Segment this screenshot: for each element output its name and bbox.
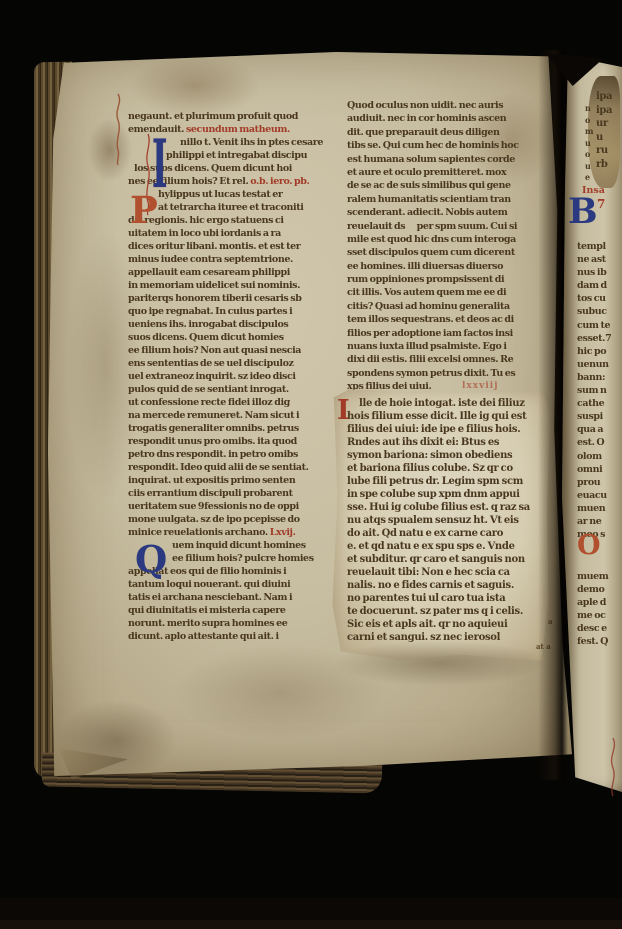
text-segment: dam d [577,280,607,291]
text-segment: qua a [577,424,603,435]
text-segment: nes ee filium hois? Et rel. [128,176,250,187]
text-line: cum te [577,319,622,332]
text-line: mone uulgata. sz de ipo pcepisse do [128,513,340,526]
text-line: prou [577,476,622,489]
text-line: et subditur. qr caro et sanguis non [347,553,543,566]
text-line: minus iudee contra septemtrione. [128,253,340,266]
text-line: te docuerunt. sz pater ms q i celis. [347,605,543,618]
text-segment: tibs se. Qui cum hec de hominis hoc [347,140,519,151]
text-line: pariterqs honorem tiberii cesaris sb [128,292,340,305]
text-segment: cum te [577,320,610,331]
text-segment: ipa [596,91,612,102]
text-line: reuelauit tibi: Non e hec scia ca [347,566,543,579]
text-line: carni et sangui. sz nec ierosol [347,631,543,644]
text-segment: dixi dii estis. filii excelsi omnes. Re [347,354,513,365]
text-segment: uem inquid dicunt homines [172,540,306,551]
text-line: negaunt. et plurimum profuit quod [128,110,340,123]
text-segment: ee filium hois? Non aut quasi nescia [128,345,301,356]
text-segment: ar ne [577,516,601,527]
text-segment: in spe colube sup xpm dnm appui [347,489,520,500]
text-line: inquirat. ut expositis primo senten [128,474,340,487]
text-segment: philippi et intregabat discipu [166,150,307,161]
text-line: olom [577,450,622,463]
text-segment: olom [577,451,602,462]
text-segment: bann: [577,372,605,383]
text-segment: et aure et oculo premitteret. mox [347,167,506,178]
text-line: do ait. Qd natu e ex carne caro [347,527,543,540]
text-column-right: Quod oculus non uidit. nec aurisaudiuit.… [347,99,549,394]
text-line: nalis. no e fides carnis et saguis. [347,579,543,592]
text-line: dit. que preparauit deus diligen [347,126,549,139]
text-line: nus ib [577,266,622,279]
text-segment: ipa [596,105,612,116]
blue-initial-Q: Q [135,541,167,578]
text-line: u [585,161,597,173]
text-segment: muem [577,571,608,582]
table-surface-edge [0,920,622,929]
text-line: citis? Quasi ad hominu generalita [347,300,549,313]
text-segment: tem illos sequestrans. et deos ac di [347,314,514,325]
text-segment: pariterqs honorem tiberii cesaris sb [128,293,301,304]
text-segment: aple d [577,597,606,608]
text-segment: e. et qd natu e ex spu sps e. Vnde [347,541,515,552]
text-segment: Sic eis et apls ait. qr no aquieui [347,619,508,630]
text-segment: o [585,115,590,125]
text-line: petro dns respondit. in petro omibs [128,448,340,461]
text-segment: tatis ei archana nesciebant. Nam i [128,592,292,603]
text-line: u [585,138,597,150]
text-segment: Rndes aut ihs dixit ei: Btus es [347,437,499,448]
text-segment: filius dei uiui: ide ipe e filius hois. [347,424,520,435]
text-line: subuc [577,305,622,318]
text-line: scenderant. adiecit. Nobis autem [347,206,549,219]
text-segment: uel extraneoz inquirit. sz ideo disci [128,371,296,382]
text-segment: de se ac de suis similibus qui gene [347,180,511,191]
right-page-edge-letters: nomuoue [585,103,597,184]
text-segment: do ait. Qd natu e ex carne caro [347,528,503,539]
text-segment: demo [577,584,604,595]
text-segment: pulos quid de se sentiant inrogat. [128,384,289,395]
text-segment: nalis. no e fides carnis et saguis. [347,580,514,591]
text-segment: ut confessione recte fidei illoz dig [128,397,290,408]
text-segment: dit. que preparauit deus diligen [347,127,500,138]
text-line: cathe [577,397,622,410]
text-segment: o [585,149,590,159]
text-segment: Lxvij. [270,527,296,538]
text-line: et aure et oculo premitteret. mox [347,166,549,179]
text-segment: ee filium hois? pulcre homies [172,553,314,564]
text-line: u [596,131,622,145]
text-segment: hylippus ut lucas testat er [158,189,282,200]
text-segment: audiuit. nec in cor hominis ascen [347,113,506,124]
text-line: aple d [577,596,622,609]
text-segment: citis? Quasi ad hominu generalita [347,301,510,312]
red-penwork-mark: 7 [597,197,605,211]
text-segment: te docuerunt. sz pater ms q i celis. [347,606,523,617]
text-segment: nuans iuxta illud psalmiste. Ego i [347,341,507,352]
right-page-text-fragments: templne astnus ibdam dtos cusubuccum tee… [577,240,622,541]
text-segment: m [585,126,593,136]
text-line: sset discipulos quem cum dicerent [347,246,549,259]
text-line: fest. Q [577,635,622,648]
text-line: Rndes aut ihs dixit ei: Btus es [347,436,543,449]
text-segment: rb [596,159,607,170]
text-line: suos dicens. Quem dicut homies [128,331,340,344]
text-segment: est. O [577,437,604,448]
red-initial-I-slip: I [337,397,350,424]
text-segment: symon bariona: simon obediens [347,450,512,461]
text-line: quo ipe regnabat. In cuius partes i [128,305,340,318]
text-line: no parentes tui ul caro tua ista [347,592,543,605]
text-line: reuelauit ds per spm suum. Cui si [347,220,549,233]
text-line: e [585,172,597,184]
text-segment: inquirat. ut expositis primo senten [128,475,295,486]
text-segment: templ [577,241,606,252]
text-segment: et bariona filius colube. Sz qr co [347,463,513,474]
text-line: o [585,115,597,127]
text-line: de se ac de suis similibus qui gene [347,179,549,192]
text-line: n [585,103,597,115]
text-line: filios per adoptione iam factos insi [347,327,549,340]
text-segment: desc e [577,623,607,634]
text-line: respondit. Ideo quid alii de se sentiat. [128,461,340,474]
text-line: dixi dii estis. filii excelsi omnes. Re [347,353,549,366]
text-segment: prou [577,477,600,488]
text-line: tibs se. Qui cum hec de hominis hoc [347,139,549,152]
text-line: ar ne [577,515,622,528]
faded-chapter-numeral: lxxviij [462,381,498,391]
text-line: in memoriam uidelicet sui nominis. [128,279,340,292]
text-segment: e [585,172,590,182]
text-line: esset.7 [577,332,622,345]
text-line: rb [596,158,622,172]
text-line: sse. Hui ig colube filius est. q raz sa [347,501,543,514]
text-segment: qui diuinitatis ei misteria capere [128,605,286,616]
text-segment: secundum matheum. [186,124,290,135]
text-line: na mercede remuneret. Nam sicut i [128,409,340,422]
text-line: ee homines. illi diuersas diuerso [347,260,549,273]
text-line: nu atqs spualem sensuz ht. Vt eis [347,514,543,527]
text-segment: reuelauit tibi: Non e hec scia ca [347,567,510,578]
text-line: tem illos sequestrans. et deos ac di [347,313,549,326]
text-segment: ens sententias de se uel discipuloz [128,358,294,369]
right-page-text-fragments: muemdemoaple dme ocdesc efest. Q [577,570,622,649]
text-segment: u [585,138,590,148]
text-segment: ralem humanitatis scientiam tran [347,194,511,205]
text-line: ipa [596,90,622,104]
text-line: est. O [577,436,622,449]
text-segment: est humana solum sapientes corde [347,154,515,165]
text-line: dam d [577,279,622,292]
text-line: lle de hoie intogat. iste dei filiuz [347,397,543,410]
text-segment: trogatis generaliter omnibs. petrus [128,423,299,434]
text-line: ut confessione recte fidei illoz dig [128,396,340,409]
text-segment: esset.7 [577,333,611,344]
text-line: ueritatem sue 9fessionis no de oppi [128,500,340,513]
text-line: uenun [577,358,622,371]
text-segment: ne ast [577,254,606,265]
text-segment: no parentes tui ul caro tua ista [347,593,505,604]
text-segment: u [596,132,603,143]
text-segment: u [585,161,590,171]
text-segment: ur [596,118,608,129]
text-line: suspi [577,410,622,423]
text-line: ens sententias de se uel discipuloz [128,357,340,370]
text-line: dis regionis. hic ergo statuens ci [128,214,340,227]
text-segment: euacu [577,490,607,501]
text-segment: lube fili petrus dr. Legim spm scm [347,476,523,487]
text-segment: tos cu [577,293,606,304]
text-segment: mile est quod hic dns cum interoga [347,234,516,245]
text-segment: scenderant. adiecit. Nobis autem [347,207,507,218]
text-line: uitatem in loco ubi iordanis a ra [128,227,340,240]
text-line: hic po [577,345,622,358]
text-segment: spondens symon petrus dixit. Tu es [347,368,515,379]
text-line: me oc [577,609,622,622]
text-segment: respondit unus pro omibs. ita quod [128,436,297,447]
text-segment: in memoriam uidelicet sui nominis. [128,280,300,291]
text-segment: sse. Hui ig colube filius est. q raz sa [347,502,530,513]
text-segment: ee homines. illi diuersas diuerso [347,261,503,272]
text-segment: sset discipulos quem cum dicerent [347,247,515,258]
text-segment: negaunt. et plurimum profuit quod [128,111,298,122]
text-line: appellauit eam cesaream philippi [128,266,340,279]
text-segment: me oc [577,610,606,621]
text-line: o [585,149,597,161]
text-line: ru [596,144,622,158]
text-segment: dicunt. aplo attestante qui ait. i [128,631,279,642]
text-segment: ciis errantium discipuli probarent [128,488,293,499]
text-line: euacu [577,489,622,502]
text-segment: nillo t. Venit ihs in ptes cesare [180,137,323,148]
text-line: bann: [577,371,622,384]
text-line: rum oppiniones prompsissent di [347,273,549,286]
text-segment: carni et sangui. sz nec ierosol [347,632,500,643]
text-line: dicunt. aplo attestante qui ait. i [128,630,340,643]
text-line: cit illis. Vos autem quem me ee di [347,286,549,299]
text-line: dices oritur libani. montis. et est ter [128,240,340,253]
text-segment: filios per adoptione iam factos insi [347,328,513,339]
text-line: tos cu [577,292,622,305]
text-segment: cit illis. Vos autem quem me ee di [347,287,506,298]
text-segment: rum oppiniones prompsissent di [347,274,504,285]
text-line: qui diuinitatis ei misteria capere [128,604,340,617]
text-segment: appellauit eam cesaream philippi [128,267,290,278]
text-line: in spe colube sup xpm dnm appui [347,488,543,501]
text-line: pulos quid de se sentiant inrogat. [128,383,340,396]
text-segment: at tetrarcha ituree et traconiti [158,202,303,213]
text-line: demo [577,583,622,596]
text-line: Sic eis et apls ait. qr no aquieui [347,618,543,631]
text-segment: et subditur. qr caro et sanguis non [347,554,525,565]
text-segment: minus iudee contra septemtrione. [128,254,293,265]
text-line: qua a [577,423,622,436]
margin-note: a [548,617,553,626]
text-line: omni [577,463,622,476]
text-line: e. et qd natu e ex spu sps e. Vnde [347,540,543,553]
text-line: ralem humanitatis scientiam tran [347,193,549,206]
text-line: mile est quod hic dns cum interoga [347,233,549,246]
text-segment: suspi [577,411,603,422]
slip-text-column: lle de hoie intogat. iste dei filiuzhois… [347,397,543,644]
text-line: muen [577,502,622,515]
text-segment: petro dns respondit. in petro omibs [128,449,298,460]
text-line: muem [577,570,622,583]
text-segment: omni [577,464,602,475]
text-line: Quod oculus non uidit. nec auris [347,99,549,112]
text-line: est humana solum sapientes corde [347,153,549,166]
text-segment: dices oritur libani. montis. et est ter [128,241,300,252]
text-line: nuans iuxta illud psalmiste. Ego i [347,340,549,353]
table-surface [0,898,622,920]
red-initial-O: O [577,532,601,559]
text-line: ne ast [577,253,622,266]
text-segment: cathe [577,398,604,409]
margin-note: at a [536,642,551,651]
text-line: lube fili petrus dr. Legim spm scm [347,475,543,488]
text-line: desc e [577,622,622,635]
text-line: respondit unus pro omibs. ita quod [128,435,340,448]
text-line: ur [596,117,622,131]
text-segment: sum n [577,385,607,396]
text-segment: na mercede remuneret. Nam sicut i [128,410,299,421]
text-line: sum n [577,384,622,397]
text-line: ee filium hois? Non aut quasi nescia [128,344,340,357]
text-segment: muen [577,503,605,514]
text-line: tatis ei archana nesciebant. Nam i [128,591,340,604]
text-line: filius dei uiui: ide ipe e filius hois. [347,423,543,436]
text-segment: ueniens ihs. inrogabat discipulos [128,319,288,330]
text-segment: reuelauit ds per spm suum. Cui si [347,221,517,232]
text-segment: uenun [577,359,609,370]
text-line: audiuit. nec in cor hominis ascen [347,112,549,125]
text-segment: subuc [577,306,607,317]
text-line: ciis errantium discipuli probarent [128,487,340,500]
text-segment: ru [596,145,608,156]
text-segment: fest. Q [577,636,608,647]
text-line: m [585,126,597,138]
text-segment: nu atqs spualem sensuz ht. Vt eis [347,515,519,526]
text-segment: nus ib [577,267,606,278]
text-line: norunt. merito supra homines ee [128,617,340,630]
text-segment: mone uulgata. sz de ipo pcepisse do [128,514,300,525]
blue-initial-B: B [568,194,598,229]
text-line: hois filium esse dicit. Ille ig qui est [347,410,543,423]
text-segment: suos dicens. Quem dicut homies [128,332,284,343]
red-initial-P: P [130,192,158,229]
text-line: ipa [596,104,622,118]
text-line: et bariona filius colube. Sz qr co [347,462,543,475]
manuscript-photo: negaunt. et plurimum profuit quodemendau… [0,0,622,929]
text-line: templ [577,240,622,253]
text-segment: n [585,103,590,113]
text-segment: o.b. iero. pb. [250,176,309,187]
text-segment: norunt. merito supra homines ee [128,618,287,629]
text-line: spondens symon petrus dixit. Tu es [347,367,549,380]
text-line: trogatis generaliter omnibs. petrus [128,422,340,435]
text-segment: hic po [577,346,606,357]
text-line: ueniens ihs. inrogabat discipulos [128,318,340,331]
right-page-text-fragments: ipaipaurururb [596,90,622,171]
text-segment: respondit. Ideo quid alii de se sentiat. [128,462,309,473]
text-segment: lle de hoie intogat. iste dei filiuz [359,398,525,409]
text-line: uel extraneoz inquirit. sz ideo disci [128,370,340,383]
text-segment: quo ipe regnabat. In cuius partes i [128,306,292,317]
text-line: symon bariona: simon obediens [347,449,543,462]
text-segment: ueritatem sue 9fessionis no de oppi [128,501,299,512]
text-segment: hois filium esse dicit. Ille ig qui est [347,411,526,422]
text-segment: Quod oculus non uidit. nec auris [347,100,503,111]
